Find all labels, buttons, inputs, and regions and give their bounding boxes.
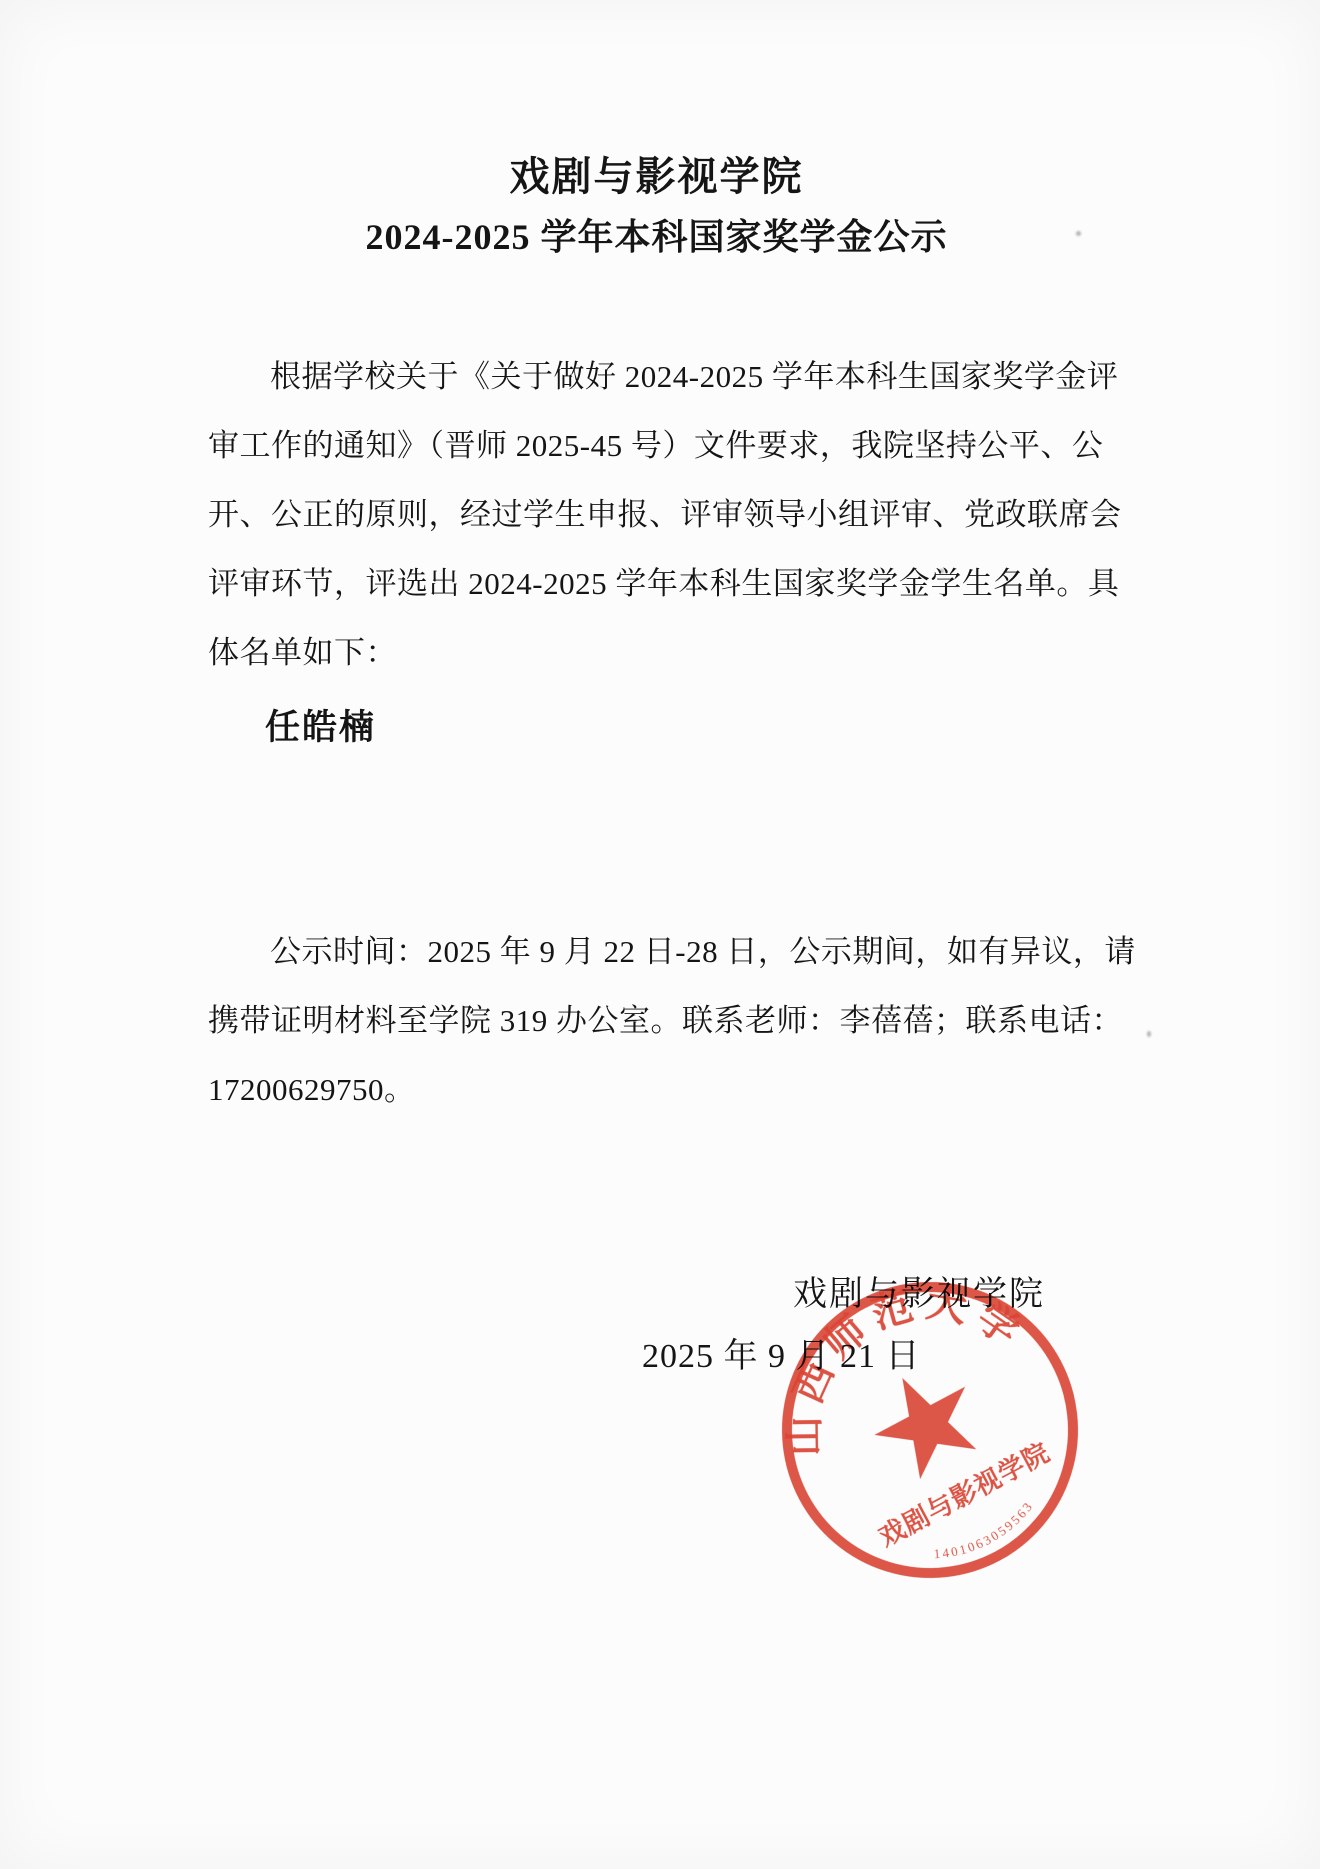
- paragraph1-line1: 根据学校关于《关于做好 2024-2025 学年本科生国家奖学金评: [208, 342, 1138, 411]
- body-paragraph-1: 根据学校关于《关于做好 2024-2025 学年本科生国家奖学金评 审工作的通知…: [208, 342, 1138, 687]
- document-header: 戏剧与影视学院 2024-2025 学年本科国家奖学金公示: [208, 152, 1105, 259]
- scan-speck: [1147, 1031, 1151, 1037]
- document-page: 戏剧与影视学院 2024-2025 学年本科国家奖学金公示 根据学校关于《关于做…: [0, 0, 1320, 1869]
- paragraph1-line4: 评审环节，评选出 2024-2025 学年本科生国家奖学金学生名单。具: [208, 549, 1138, 618]
- document-subtitle: 2024-2025 学年本科国家奖学金公示: [208, 216, 1105, 259]
- document-title: 戏剧与影视学院: [208, 152, 1105, 202]
- paragraph2-line1: 公示时间：2025 年 9 月 22 日-28 日，公示期间，如有异议，请: [208, 917, 1138, 986]
- scan-speck: [940, 569, 944, 573]
- paragraph2-line3: 17200629750。: [208, 1055, 1138, 1124]
- awardee-name: 任皓楠: [265, 700, 376, 750]
- paragraph2-line2: 携带证明材料至学院 319 办公室。联系老师：李蓓蓓；联系电话：: [208, 986, 1138, 1055]
- body-paragraph-2: 公示时间：2025 年 9 月 22 日-28 日，公示期间，如有异议，请 携带…: [208, 917, 1138, 1124]
- seal-star-icon: [857, 1354, 994, 1489]
- scan-speck: [1076, 231, 1081, 236]
- official-seal-icon: 山西师范大学 戏剧与影视学院 1401063059563: [720, 1220, 1139, 1639]
- paragraph1-line2: 审工作的通知》（晋师 2025-45 号）文件要求，我院坚持公平、公: [208, 411, 1138, 480]
- paragraph1-line5: 体名单如下：: [208, 618, 1138, 687]
- paragraph1-line3: 开、公正的原则，经过学生申报、评审领导小组评审、党政联席会: [208, 480, 1138, 549]
